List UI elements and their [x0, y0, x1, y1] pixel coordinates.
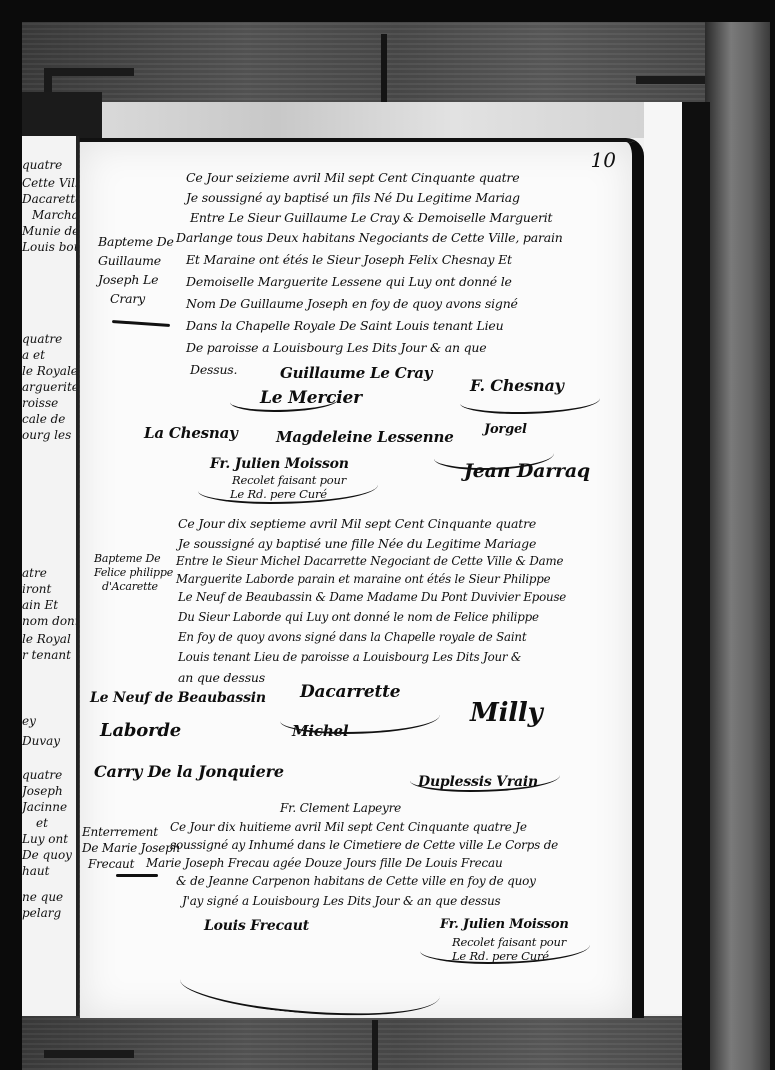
left-fragment: haut — [22, 864, 49, 878]
entry-text-line: Le Neuf de Beaubassin & Dame Madame Du P… — [178, 590, 566, 604]
entry-text-line: Ce Jour seizieme avril Mil sept Cent Cin… — [186, 170, 519, 185]
entry-text-line: Et Maraine ont étés le Sieur Joseph Feli… — [186, 252, 512, 267]
margin-label-line: Felice philippe — [94, 566, 173, 580]
page-edge-shadow — [682, 102, 710, 1070]
margin-label-line: Joseph Le — [98, 270, 174, 289]
margin-label-line: Enterrement — [82, 824, 180, 840]
left-fragment: r tenant — [22, 648, 71, 662]
left-fragment: Louis bourg — [22, 240, 79, 254]
signature: Milly — [470, 698, 543, 728]
left-fragment: roisse — [22, 396, 58, 410]
left-fragment: Marchand — [32, 208, 79, 222]
register-page: 10 Bapteme De Guillaume Joseph Le Crary … — [80, 138, 644, 1018]
entry-text-line: Dessus. — [190, 362, 237, 377]
paper-top-band — [100, 102, 690, 138]
signature: Fr. Clement Lapeyre — [280, 802, 401, 815]
signature-flourish — [420, 932, 590, 964]
signature: Magdeleine Lessenne — [276, 428, 454, 446]
left-fragment: quatre — [22, 768, 62, 782]
signature: Fr. Julien Moisson — [440, 918, 569, 931]
signature: La Chesnay — [144, 424, 238, 442]
entry-text-line: Marguerite Laborde parain et maraine ont… — [176, 572, 550, 586]
signature-flourish — [280, 702, 440, 734]
signature: Jorgel — [484, 422, 527, 437]
margin-label-line: Bapteme De — [98, 232, 174, 251]
left-fragment: Jacinne — [22, 800, 67, 814]
signature: Carry De la Jonquiere — [94, 762, 284, 781]
board-seam — [372, 1020, 378, 1070]
clamp-bracket — [44, 68, 134, 76]
entry-text-line: Ce Jour dix huitieme avril Mil sept Cent… — [170, 820, 527, 834]
page-flourish — [178, 949, 442, 1018]
margin-flourish — [112, 320, 170, 327]
left-fragment: nom donné — [22, 614, 79, 628]
margin-label-line: Crary — [98, 289, 174, 308]
left-fragment: Luy ont — [22, 832, 68, 846]
signature-flourish — [460, 388, 600, 414]
entry-text-line: Du Sieur Laborde qui Luy ont donné le no… — [178, 610, 539, 624]
left-fragment: pelarg — [22, 906, 61, 920]
entry-text-line: Nom De Guillaume Joseph en foy de quoy a… — [186, 296, 518, 311]
signature: Dacarrette — [300, 682, 400, 702]
entry-text-line: soussigné ay Inhumé dans le Cimetiere de… — [170, 838, 558, 852]
signature: Louis Frecaut — [204, 918, 309, 934]
binding-shadow — [22, 92, 102, 142]
signature: Fr. Julien Moisson — [210, 458, 349, 471]
scanner-edge — [705, 22, 770, 1070]
left-fragment: ourg les — [22, 428, 71, 442]
left-fragment: et — [36, 816, 48, 830]
signature: Guillaume Le Cray — [280, 364, 432, 382]
left-fragment: Cette Ville — [22, 176, 79, 190]
entry-text-line: Darlange tous Deux habitans Negociants d… — [176, 230, 563, 245]
entry-text-line: an que dessus — [178, 670, 265, 685]
left-fragment: De quoy — [22, 848, 72, 862]
left-fragment: quatre — [22, 158, 62, 172]
left-fragment: ey — [22, 714, 36, 728]
left-fragment: le Royal — [22, 632, 71, 646]
entry-text-line: Louis tenant Lieu de paroisse a Louisbou… — [178, 650, 521, 664]
left-fragment: atre — [22, 566, 47, 580]
left-fragment: ne que — [22, 890, 63, 904]
margin-label-line: De Marie Joseph — [82, 840, 180, 856]
margin-label-line: Guillaume — [98, 251, 174, 270]
entry-text-line: J'ay signé a Louisbourg Les Dits Jour & … — [182, 894, 500, 908]
entry-text-line: En foy de quoy avons signé dans la Chape… — [178, 630, 526, 644]
entry-text-line: Marie Joseph Frecau agée Douze Jours fil… — [146, 856, 502, 870]
entry-margin-label: Bapteme De Felice philippe d'Acarette — [94, 552, 173, 594]
left-fragment: Joseph — [22, 784, 63, 798]
left-fragment: arguerite — [22, 380, 79, 394]
entry-text-line: Dans la Chapelle Royale De Saint Louis t… — [186, 318, 503, 333]
margin-label-line: Bapteme De — [94, 552, 173, 566]
page-edge-white — [644, 102, 682, 1014]
signature: Le Neuf de Beaubassin — [90, 690, 266, 706]
entry-text-line: Je soussigné ay baptisé une fille Née du… — [178, 536, 536, 551]
signature: Laborde — [100, 720, 181, 741]
left-fragment: iront — [22, 582, 51, 596]
entry-text-line: De paroisse a Louisbourg Les Dits Jour &… — [186, 340, 486, 355]
left-facing-page: quatre Cette Ville Dacarette Marchand Mu… — [22, 136, 79, 1016]
entry-text-line: Ce Jour dix septieme avril Mil sept Cent… — [178, 516, 536, 531]
clamp-bracket — [44, 1050, 134, 1058]
entry-margin-label: Bapteme De Guillaume Joseph Le Crary — [98, 232, 174, 308]
left-fragment: quatre — [22, 332, 62, 346]
left-fragment: Duvay — [22, 734, 60, 748]
left-fragment: Dacarette — [22, 192, 79, 206]
left-fragment: Munie des — [22, 224, 79, 238]
entry-text-line: Entre Le Sieur Guillaume Le Cray & Demoi… — [190, 210, 552, 225]
left-fragment: ain Et — [22, 598, 58, 612]
entry-text-line: Je soussigné ay baptisé un fils Né Du Le… — [186, 190, 520, 205]
entry-text-line: Demoiselle Marguerite Lessene qui Luy on… — [186, 274, 512, 289]
entry-text-line: & de Jeanne Carpenon habitans de Cette v… — [176, 874, 536, 888]
left-fragment: cale de — [22, 412, 65, 426]
entry-text-line: Entre le Sieur Michel Dacarrette Negocia… — [176, 554, 563, 568]
left-fragment: a et — [22, 348, 45, 362]
left-fragment: le Royale — [22, 364, 78, 378]
margin-label-line: d'Acarette — [94, 580, 173, 594]
signature-flourish — [230, 388, 340, 412]
folio-number: 10 — [591, 148, 616, 172]
margin-flourish — [116, 874, 158, 877]
signature-flourish — [198, 472, 378, 504]
